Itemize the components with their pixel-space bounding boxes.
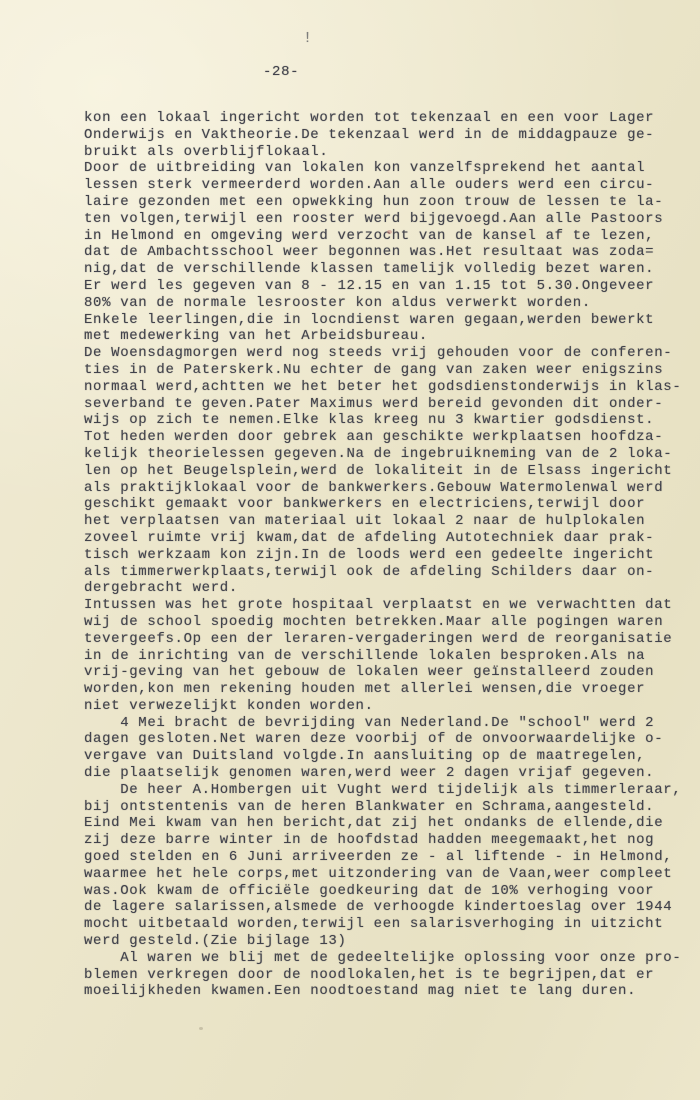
text-line: len op het Beugelsplein,werd de lokalite… — [84, 463, 694, 480]
text-line: lessen sterk vermeerderd worden.Aan alle… — [84, 177, 694, 194]
text-line: met medewerking van het Arbeidsbureau. — [84, 328, 694, 345]
text-line: zij deze barre winter in de hoofdstad ha… — [84, 832, 694, 849]
text-line: mocht uitbetaald worden,terwijl een sala… — [84, 916, 694, 933]
text-line: 80% van de normale lesrooster kon aldus … — [84, 295, 694, 312]
text-line: Intussen was het grote hospitaal verplaa… — [84, 597, 694, 614]
text-line: De Woensdagmorgen werd nog steeds vrij g… — [84, 345, 694, 362]
text-line: niet verwezelijkt konden worden. — [84, 698, 694, 715]
text-line: Al waren we blij met de gedeeltelijke op… — [84, 950, 694, 967]
text-line: Door de uitbreiding van lokalen kon vanz… — [84, 160, 694, 177]
text-line: werd gesteld.(Zie bijlage 13) — [84, 933, 694, 950]
text-line: Onderwijs en Vaktheorie.De tekenzaal wer… — [84, 127, 694, 144]
page-number: -28- — [263, 64, 299, 80]
text-line: waarmee het hele corps,met uitzondering … — [84, 866, 694, 883]
text-line: het verplaatsen van materiaal uit lokaal… — [84, 513, 694, 530]
text-line: goed stelden en 6 Juni arriveerden ze - … — [84, 849, 694, 866]
text-line: severband te geven.Pater Maximus werd be… — [84, 396, 694, 413]
text-line: blemen verkregen door de noodlokalen,het… — [84, 967, 694, 984]
text-line: bruikt als overblijflokaal. — [84, 144, 694, 161]
text-line: worden,kon men rekening houden met aller… — [84, 681, 694, 698]
text-line: als timmerwerkplaats,terwijl ook de afde… — [84, 564, 694, 581]
text-line: als praktijklokaal voor de bankwerkers.G… — [84, 480, 694, 497]
text-line: zoveel ruimte vrij kwam,dat de afdeling … — [84, 530, 694, 547]
text-line: wij de school spoedig mochten betrekken.… — [84, 614, 694, 631]
text-line: normaal werd,achtten we het beter het go… — [84, 379, 694, 396]
text-line: in de inrichting van de verschillende lo… — [84, 648, 694, 665]
text-line: Er werd les gegeven van 8 - 12.15 en van… — [84, 278, 694, 295]
paper-speckle — [199, 1027, 203, 1030]
text-line: 4 Mei bracht de bevrijding van Nederland… — [84, 715, 694, 732]
text-line: tisch werkzaam kon zijn.In de loods werd… — [84, 547, 694, 564]
scanned-document-page: ! -28- kon een lokaal ingericht worden t… — [0, 0, 700, 1100]
text-line: ten volgen,terwijl een rooster werd bijg… — [84, 211, 694, 228]
text-line: tevergeefs.Op een der leraren-vergaderin… — [84, 631, 694, 648]
text-line: vrij-geving van het gebouw de lokalen we… — [84, 664, 694, 681]
text-line: geschikt gemaakt voor bankwerkers en ele… — [84, 496, 694, 513]
text-line: vergave van Duitsland volgde.In aansluit… — [84, 748, 694, 765]
text-line: kelijk theorielessen gegeven.Na de ingeb… — [84, 446, 694, 463]
text-line: laire gezonden met een opwekking hun zoo… — [84, 194, 694, 211]
text-line: was.Ook kwam de officiële goedkeuring da… — [84, 883, 694, 900]
text-line: de lagere salarissen,alsmede de verhoogd… — [84, 899, 694, 916]
text-line: nig,dat de verschillende klassen tamelij… — [84, 261, 694, 278]
text-line: bij ontstentenis van de heren Blankwater… — [84, 799, 694, 816]
text-line: moeilijkheden kwamen.Een noodtoestand ma… — [84, 983, 694, 1000]
text-line: Eind Mei kwam van hen bericht,dat zij he… — [84, 815, 694, 832]
paper-speckle — [387, 230, 392, 234]
text-line: Enkele leerlingen,die in locndienst ware… — [84, 312, 694, 329]
text-line: dat de Ambachtsschool weer begonnen was.… — [84, 244, 694, 261]
text-line: Tot heden werden door gebrek aan geschik… — [84, 429, 694, 446]
text-line: dagen gesloten.Net waren deze voorbij of… — [84, 731, 694, 748]
text-line: ties in de Paterskerk.Nu echter de gang … — [84, 362, 694, 379]
text-line: die plaatselijk genomen waren,werd weer … — [84, 765, 694, 782]
text-line: De heer A.Hombergen uit Vught werd tijde… — [84, 782, 694, 799]
text-line: dergebracht werd. — [84, 580, 694, 597]
document-body: kon een lokaal ingericht worden tot teke… — [84, 110, 694, 1000]
text-line: kon een lokaal ingericht worden tot teke… — [84, 110, 694, 127]
text-line: wijs op zich te nemen.Elke klas kreeg nu… — [84, 412, 694, 429]
stray-typewriter-mark: ! — [303, 30, 313, 47]
